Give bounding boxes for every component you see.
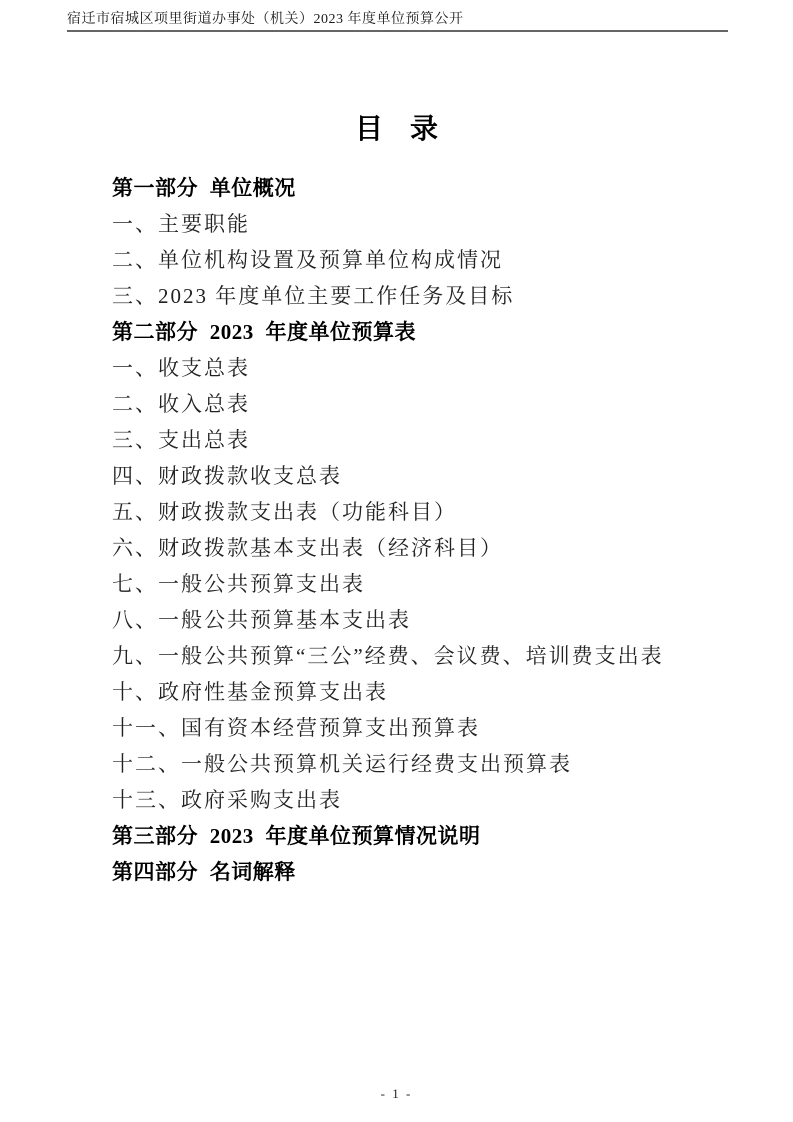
toc-entry: 第一部分 单位概况 [112, 170, 737, 206]
toc-entry: 三、2023 年度单位主要工作任务及目标 [112, 278, 737, 314]
page-header-title: 宿迁市宿城区项里街道办事处（机关）2023 年度单位预算公开 [67, 11, 728, 28]
toc-entry: 七、一般公共预算支出表 [112, 566, 737, 602]
toc-entry: 一、收支总表 [112, 350, 737, 386]
toc-entry: 一、主要职能 [112, 206, 737, 242]
page-header: 宿迁市宿城区项里街道办事处（机关）2023 年度单位预算公开 [67, 11, 728, 32]
table-of-contents: 第一部分 单位概况 一、主要职能 二、单位机构设置及预算单位构成情况 三、202… [112, 170, 737, 890]
toc-entry: 第三部分 2023 年度单位预算情况说明 [112, 818, 737, 854]
toc-entry: 八、一般公共预算基本支出表 [112, 602, 737, 638]
toc-entry: 第四部分 名词解释 [112, 854, 737, 890]
toc-entry: 第二部分 2023 年度单位预算表 [112, 314, 737, 350]
toc-entry: 十一、国有资本经营预算支出预算表 [112, 710, 737, 746]
toc-entry: 十二、一般公共预算机关运行经费支出预算表 [112, 746, 737, 782]
toc-entry: 三、支出总表 [112, 422, 737, 458]
toc-entry: 十、政府性基金预算支出表 [112, 674, 737, 710]
toc-entry: 十三、政府采购支出表 [112, 782, 737, 818]
toc-entry: 五、财政拨款支出表（功能科目） [112, 494, 737, 530]
toc-entry: 六、财政拨款基本支出表（经济科目） [112, 530, 737, 566]
document-page: 宿迁市宿城区项里街道办事处（机关）2023 年度单位预算公开 目 录 第一部分 … [0, 0, 793, 1122]
page-title: 目 录 [67, 112, 728, 148]
toc-entry: 二、单位机构设置及预算单位构成情况 [112, 242, 737, 278]
toc-entry: 二、收入总表 [112, 386, 737, 422]
toc-entry: 四、财政拨款收支总表 [112, 458, 737, 494]
page-number: - 1 - [0, 1086, 793, 1102]
toc-entry: 九、一般公共预算“三公”经费、会议费、培训费支出表 [112, 638, 737, 674]
